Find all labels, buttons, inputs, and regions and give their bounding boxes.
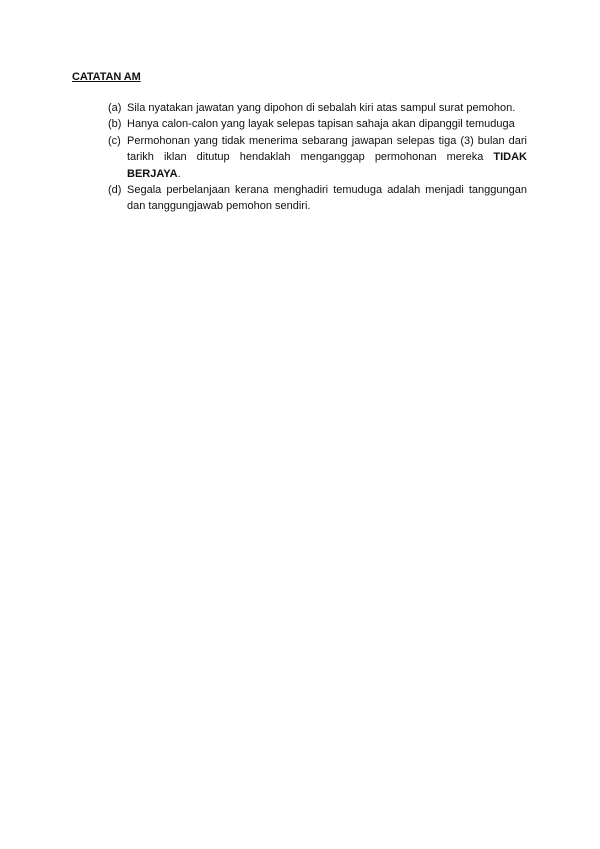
note-text-before: Permohonan yang tidak menerima sebarang … (127, 135, 527, 163)
note-marker: (d) (108, 182, 121, 198)
note-marker: (b) (108, 116, 121, 132)
note-item-b: (b) Hanya calon-calon yang layak selepas… (108, 116, 527, 132)
document-page: CATATAN AM (a) Sila nyatakan jawatan yan… (0, 0, 600, 849)
note-item-c: (c) Permohonan yang tidak menerima sebar… (108, 133, 527, 182)
note-marker: (a) (108, 100, 121, 116)
note-text-after: . (178, 168, 181, 180)
note-text: Segala perbelanjaan kerana menghadiri te… (127, 184, 527, 212)
note-text: Sila nyatakan jawatan yang dipohon di se… (127, 102, 515, 114)
notes-list: (a) Sila nyatakan jawatan yang dipohon d… (108, 100, 527, 215)
note-text: Permohonan yang tidak menerima sebarang … (127, 135, 527, 180)
section-heading: CATATAN AM (72, 70, 141, 84)
note-item-d: (d) Segala perbelanjaan kerana menghadir… (108, 182, 527, 215)
note-text: Hanya calon-calon yang layak selepas tap… (127, 118, 515, 130)
note-marker: (c) (108, 133, 121, 149)
note-item-a: (a) Sila nyatakan jawatan yang dipohon d… (108, 100, 527, 116)
